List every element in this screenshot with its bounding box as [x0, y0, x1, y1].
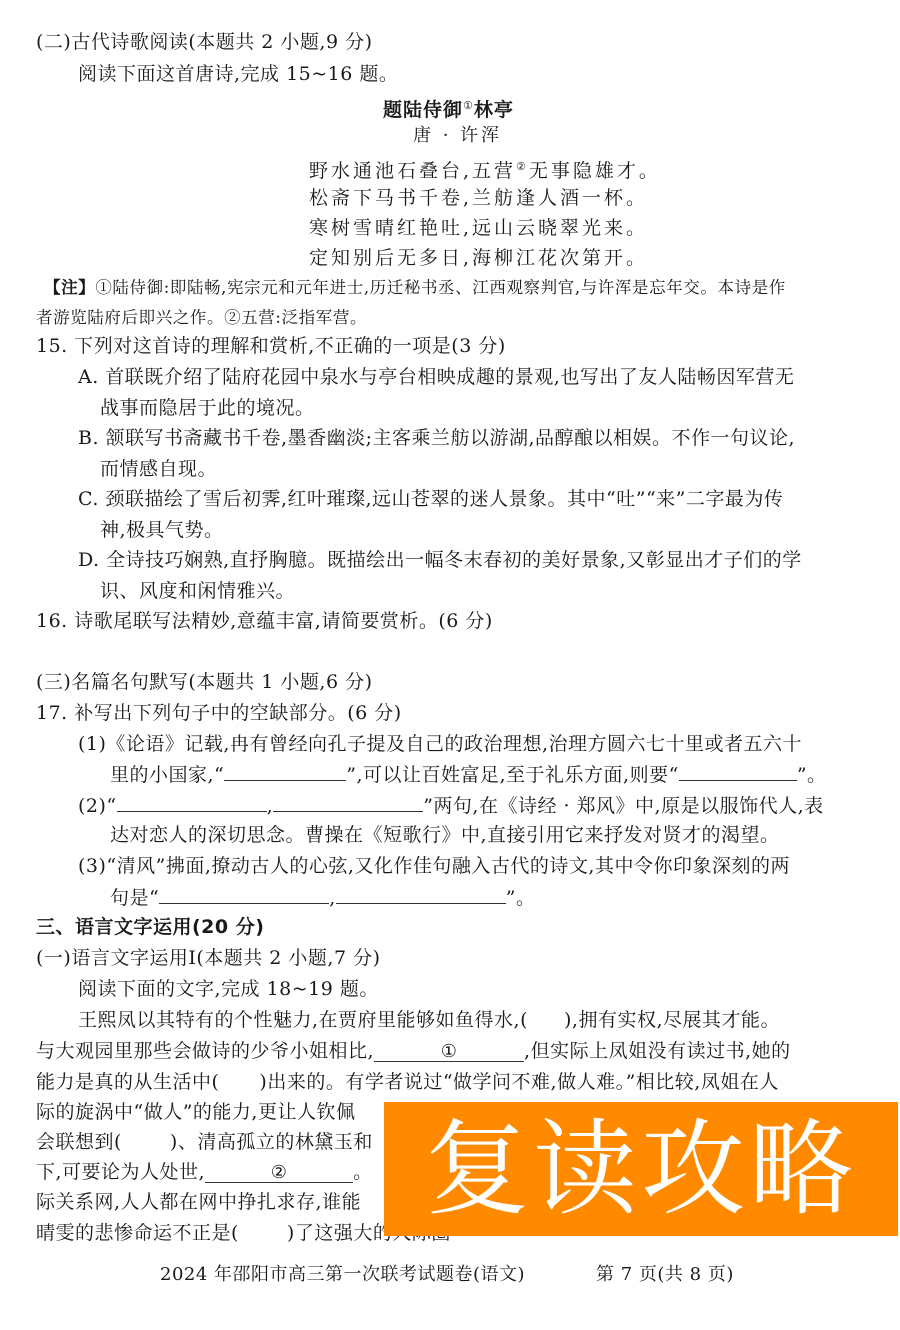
passage-line: 下,可要论为人处世,②。: [36, 1160, 373, 1184]
blank-number: ②: [271, 1162, 288, 1183]
section-heading-language: (一)语言文字运用Ⅰ(本题共 2 小题,7 分): [36, 946, 381, 970]
q15-option-c: C. 颈联描绘了雪后初霁,红叶璀璨,远山苍翠的迷人景象。其中“吐”“来”二字最为…: [78, 487, 783, 511]
q17-text: ”。: [506, 887, 536, 909]
passage-line: 与大观园里那些会做诗的少爷小姐相比,①,但实际上凤姐没有读过书,她的: [36, 1039, 791, 1063]
passage-text: ),拥有实权,尽展其才能。: [564, 1009, 780, 1031]
part-three-heading: 三、语言文字运用(20 分): [36, 915, 264, 939]
footnote-marker: ②: [516, 160, 529, 173]
passage-text: )、清高孤立的林黛玉和: [170, 1131, 373, 1153]
poem-line-text: 野水通池石叠台,五营: [309, 160, 516, 182]
q15-option-a: A. 首联既介绍了陆府花园中泉水与亭台相映成趣的景观,也写出了友人陆畅因军营无: [78, 365, 794, 389]
poem-title-prefix: 题陆侍御: [383, 99, 463, 121]
notes-label: 【注】: [44, 278, 95, 297]
watermark-banner: 复读攻略: [384, 1102, 898, 1236]
question-17-stem: 17. 补写出下列句子中的空缺部分。(6 分): [36, 701, 402, 725]
poem-title-suffix: 林亭: [474, 99, 514, 121]
passage-text: )出来的。有学者说过“做学问不难,做人难。”相比较,凤姐在人: [259, 1071, 778, 1093]
blank-number: ①: [441, 1041, 458, 1062]
q15-option-d-cont: 识、风度和闲情雅兴。: [100, 579, 295, 603]
passage-line: 会联想到()、清高孤立的林黛玉和: [36, 1130, 373, 1154]
passage-line: 际的旋涡中“做人”的能力,更让人钦佩: [36, 1100, 355, 1124]
passage-text: 王熙凤以其特有的个性魅力,在贾府里能够如鱼得水,(: [78, 1009, 528, 1031]
q15-option-b-cont: 而情感自现。: [100, 457, 217, 481]
passage-line: 际关系网,人人都在网中挣扎求存,谁能: [36, 1190, 361, 1214]
q17-text: 句是“: [110, 887, 159, 909]
passage-text: ,但实际上凤姐没有读过书,她的: [524, 1040, 791, 1062]
notes-line-2: 者游览陆府后即兴之作。②五营:泛指军营。: [36, 306, 367, 330]
passage-line: 王熙凤以其特有的个性魅力,在贾府里能够如鱼得水,(),拥有实权,尽展其才能。: [78, 1008, 780, 1032]
q17-text: 里的小国家,“: [110, 764, 224, 786]
passage-text: 与大观园里那些会做诗的少爷小姐相比,: [36, 1040, 374, 1062]
q17-item-2-cont: 达对恋人的深切思念。曹操在《短歌行》中,直接引用它来抒发对贤才的渴望。: [110, 823, 780, 847]
footer-exam-title: 2024 年邵阳市高三第一次联考试题卷(语文): [160, 1263, 525, 1287]
poem-title: 题陆侍御①林亭: [383, 94, 514, 122]
answer-blank[interactable]: [336, 885, 506, 904]
answer-blank[interactable]: [273, 793, 423, 812]
poem-line-text: 无事隐雄才。: [529, 160, 661, 182]
q17-text: ”。: [797, 764, 827, 786]
q15-option-b: B. 颔联写书斋藏书千卷,墨香幽淡;主客乘兰舫以游湖,品醇酿以相娱。不作一句议论…: [78, 426, 795, 450]
language-instruction: 阅读下面的文字,完成 18~19 题。: [78, 977, 379, 1001]
notes-line-1: ①陆侍御:即陆畅,宪宗元和元年进士,历迁秘书丞、江西观察判官,与许浑是忘年交。本…: [95, 278, 786, 297]
poem-line: 寒树雪晴红艳吐,远山云晓翠光来。: [309, 216, 648, 240]
answer-blank[interactable]: [117, 793, 267, 812]
q17-item-3: (3)“清风”拂面,撩动古人的心弦,又化作佳句融入古代的诗文,其中令你印象深刻的…: [78, 854, 790, 878]
q17-text: ”两句,在《诗经 · 郑风》中,原是以服饰代人,表: [423, 795, 823, 817]
poem-line: 定知别后无多日,海柳江花次第开。: [309, 246, 648, 270]
poem-line: 松斋下马书千卷,兰舫逢人酒一杯。: [309, 186, 648, 210]
poetry-instruction: 阅读下面这首唐诗,完成 15~16 题。: [78, 62, 398, 86]
q17-item-1: (1)《论语》记载,冉有曾经向孔子提及自己的政治理想,治理方圆六七十里或者五六十: [78, 732, 802, 756]
q15-option-d: D. 全诗技巧娴熟,直抒胸臆。既描绘出一幅冬末春初的美好景象,又彰显出才子们的学: [78, 548, 802, 572]
q15-option-c-cont: 神,极具气势。: [100, 518, 224, 542]
question-16-stem: 16. 诗歌尾联写法精妙,意蕴丰富,请简要赏析。(6 分): [36, 609, 493, 633]
answer-blank-2[interactable]: ②: [205, 1164, 353, 1183]
q15-option-a-cont: 战事而隐居于此的境况。: [100, 396, 315, 420]
question-15-stem: 15. 下列对这首诗的理解和赏析,不正确的一项是(3 分): [36, 334, 506, 358]
q17-item-3-cont: 句是“,”。: [110, 885, 535, 910]
answer-blank-1[interactable]: ①: [374, 1043, 524, 1062]
answer-blank[interactable]: [159, 885, 329, 904]
section-heading-recitation: (三)名篇名句默写(本题共 1 小题,6 分): [36, 670, 373, 694]
poem-notes: 【注】①陆侍御:即陆畅,宪宗元和元年进士,历迁秘书丞、江西观察判官,与许浑是忘年…: [44, 276, 786, 300]
passage-text: 晴雯的悲惨命运不正是(: [36, 1222, 239, 1244]
passage-text: 能力是真的从生活中(: [36, 1071, 219, 1093]
passage-line: 能力是真的从生活中()出来的。有学者说过“做学问不难,做人难。”相比较,凤姐在人: [36, 1070, 779, 1094]
exam-page: (二)古代诗歌阅读(本题共 2 小题,9 分) 阅读下面这首唐诗,完成 15~1…: [0, 0, 900, 1330]
footer-page-info: 第 7 页(共 8 页): [596, 1263, 734, 1287]
passage-text: 会联想到(: [36, 1131, 122, 1153]
poem-author: 唐 · 许浑: [413, 124, 502, 148]
poem-line: 野水通池石叠台,五营②无事隐雄才。: [309, 155, 661, 183]
q17-item-1-cont: 里的小国家,“”,可以让百姓富足,至于礼乐方面,则要“”。: [110, 762, 827, 787]
answer-blank[interactable]: [679, 762, 797, 781]
passage-text: 下,可要论为人处世,: [36, 1161, 205, 1183]
answer-blank[interactable]: [224, 762, 346, 781]
footnote-marker: ①: [463, 99, 474, 112]
q17-text: ”,可以让百姓富足,至于礼乐方面,则要“: [346, 764, 679, 786]
q17-item-2: (2)“,”两句,在《诗经 · 郑风》中,原是以服饰代人,表: [78, 793, 824, 818]
passage-text: 。: [353, 1161, 373, 1183]
q17-text: (2)“: [78, 795, 117, 817]
section-heading-poetry: (二)古代诗歌阅读(本题共 2 小题,9 分): [36, 30, 373, 54]
